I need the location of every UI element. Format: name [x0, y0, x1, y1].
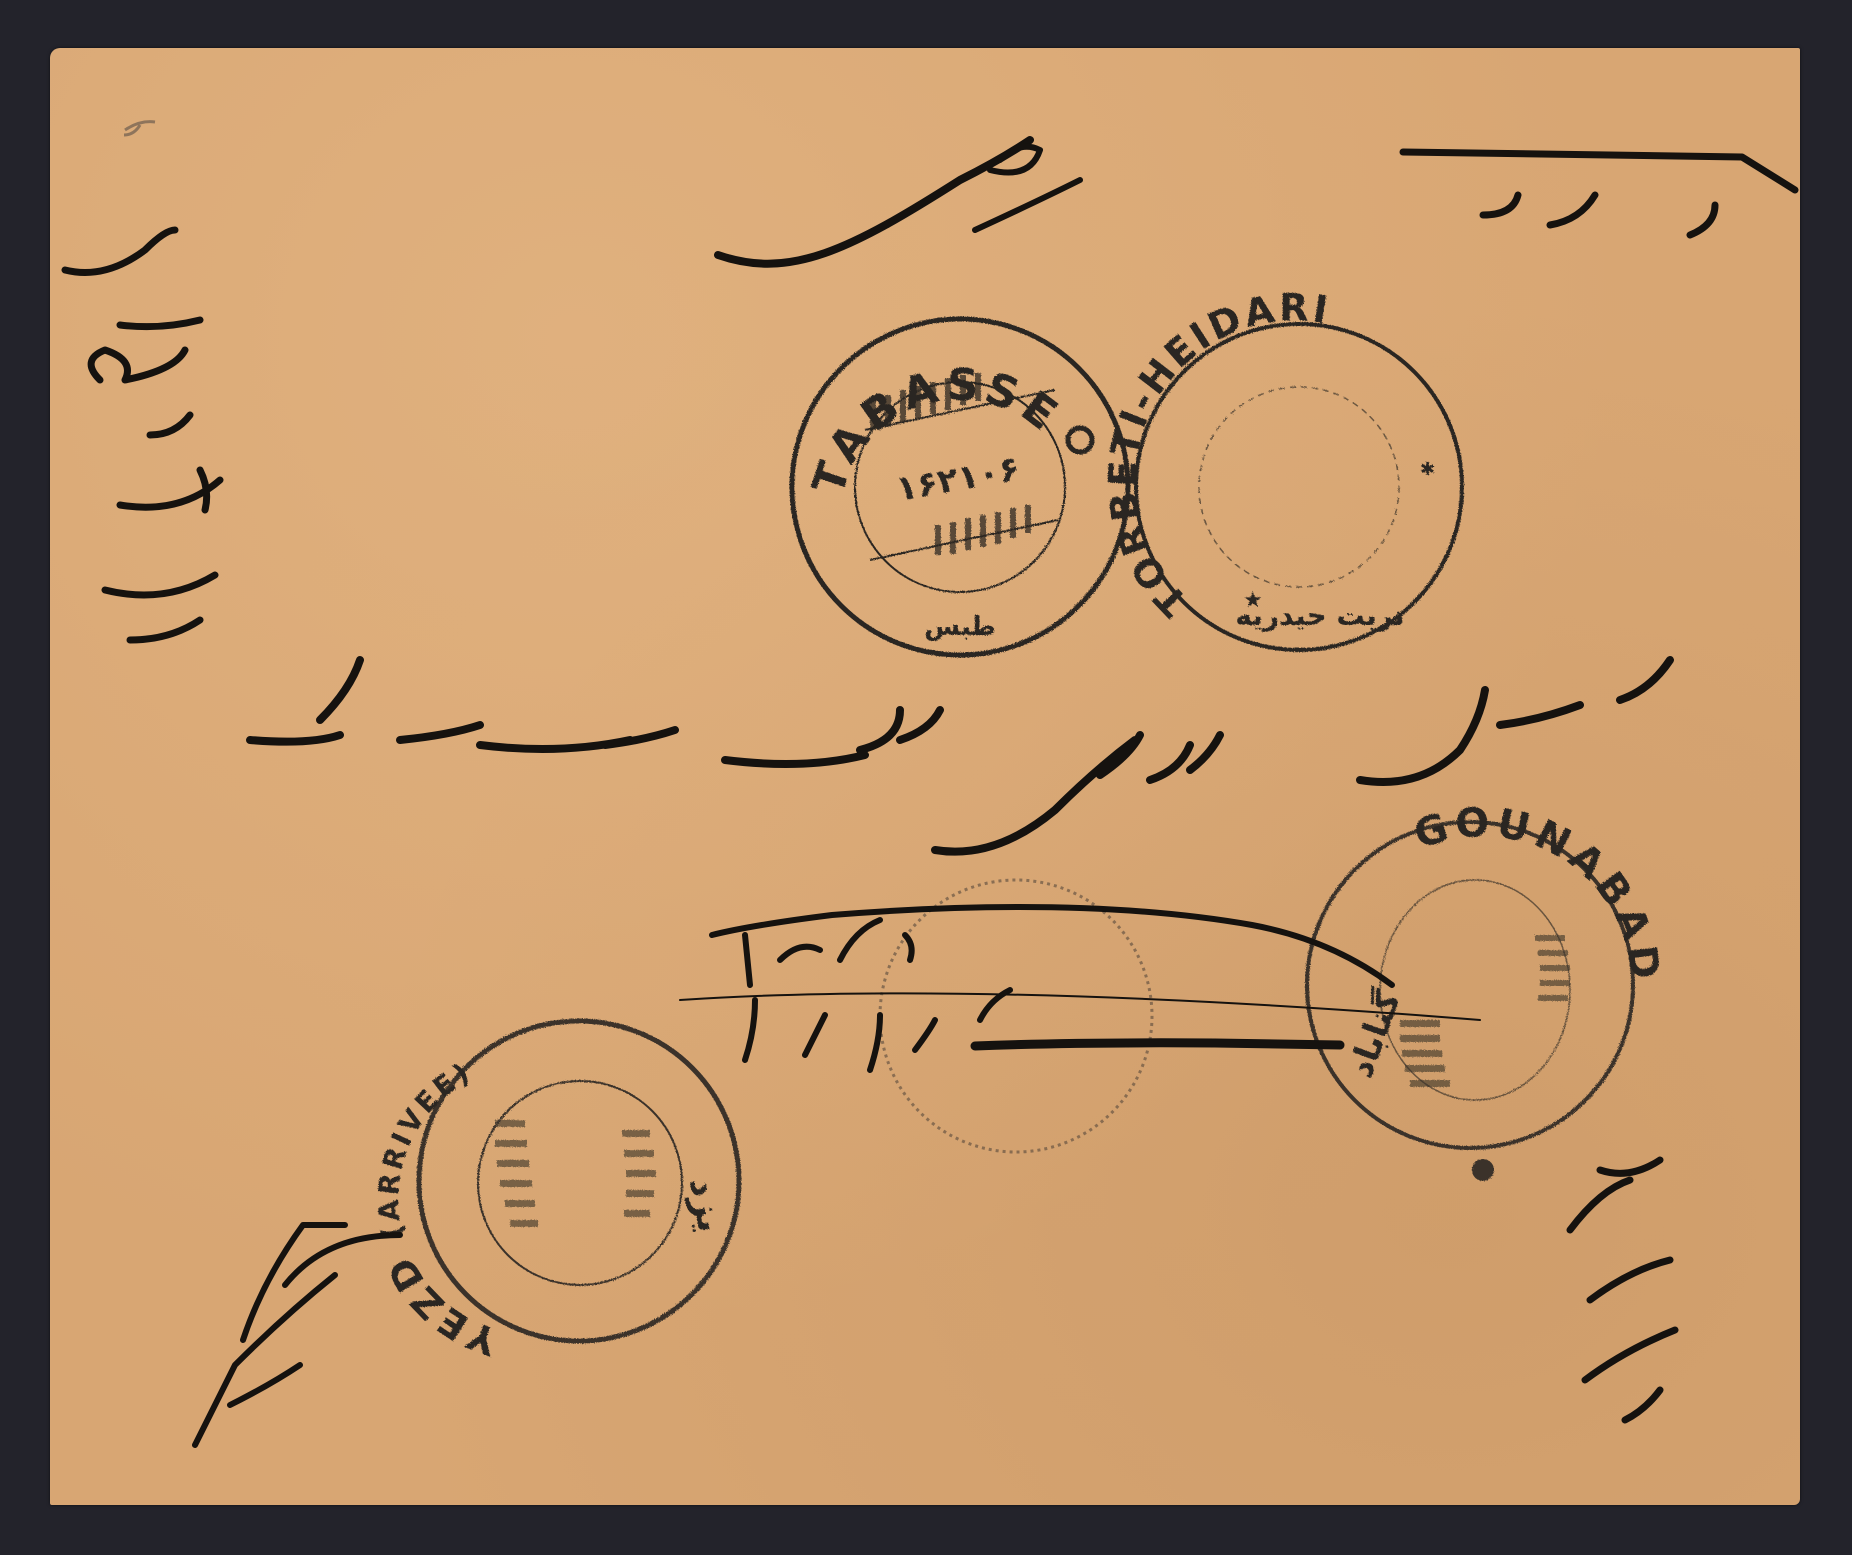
stray-mark: [124, 122, 155, 135]
postmark-torbet-name: TORBETI-HEIDARI: [1100, 286, 1334, 625]
postmark-yezd-name: YEZD (ARRIVEE): [370, 1055, 504, 1364]
address-underline: [1403, 152, 1795, 190]
postmark-tabasse: TABASSE ۱۶۲۱۰۶ طبس: [792, 319, 1128, 655]
postmark-torbeti-heidari: TORBETI-HEIDARI تربت حیدریه ★ ✱: [1100, 286, 1462, 650]
bottom-right-annotation: [1570, 1160, 1675, 1420]
bottom-left-annotation: [195, 1225, 400, 1445]
postmark-tabasse-date: ۱۶۲۱۰۶: [893, 449, 1023, 510]
manuscript-strokes: [65, 140, 1795, 1445]
star-icon: ✱: [1420, 459, 1435, 480]
postmark-faint-center: [880, 880, 1152, 1152]
postmark-gounabad-script: گناباد: [1341, 985, 1409, 1083]
emblem-icon: [1472, 1159, 1494, 1181]
rosette-icon: [1068, 428, 1092, 452]
postmark-tabasse-script: طبس: [924, 612, 996, 642]
top-center-swash: [718, 140, 1030, 264]
postmark-gounabad-name: GOUNABAD: [1409, 800, 1669, 987]
envelope-markings: TABASSE ۱۶۲۱۰۶ طبس TORBETI-HEIDARI تربت …: [0, 0, 1852, 1555]
star-icon: ★: [1243, 588, 1263, 613]
postmark-yezd-arrivee: YEZD (ARRIVEE) یزد: [370, 1021, 739, 1364]
postmark-yezd-script: یزد: [681, 1174, 731, 1235]
postmark-gounabad: GOUNABAD گناباد: [1307, 800, 1668, 1181]
